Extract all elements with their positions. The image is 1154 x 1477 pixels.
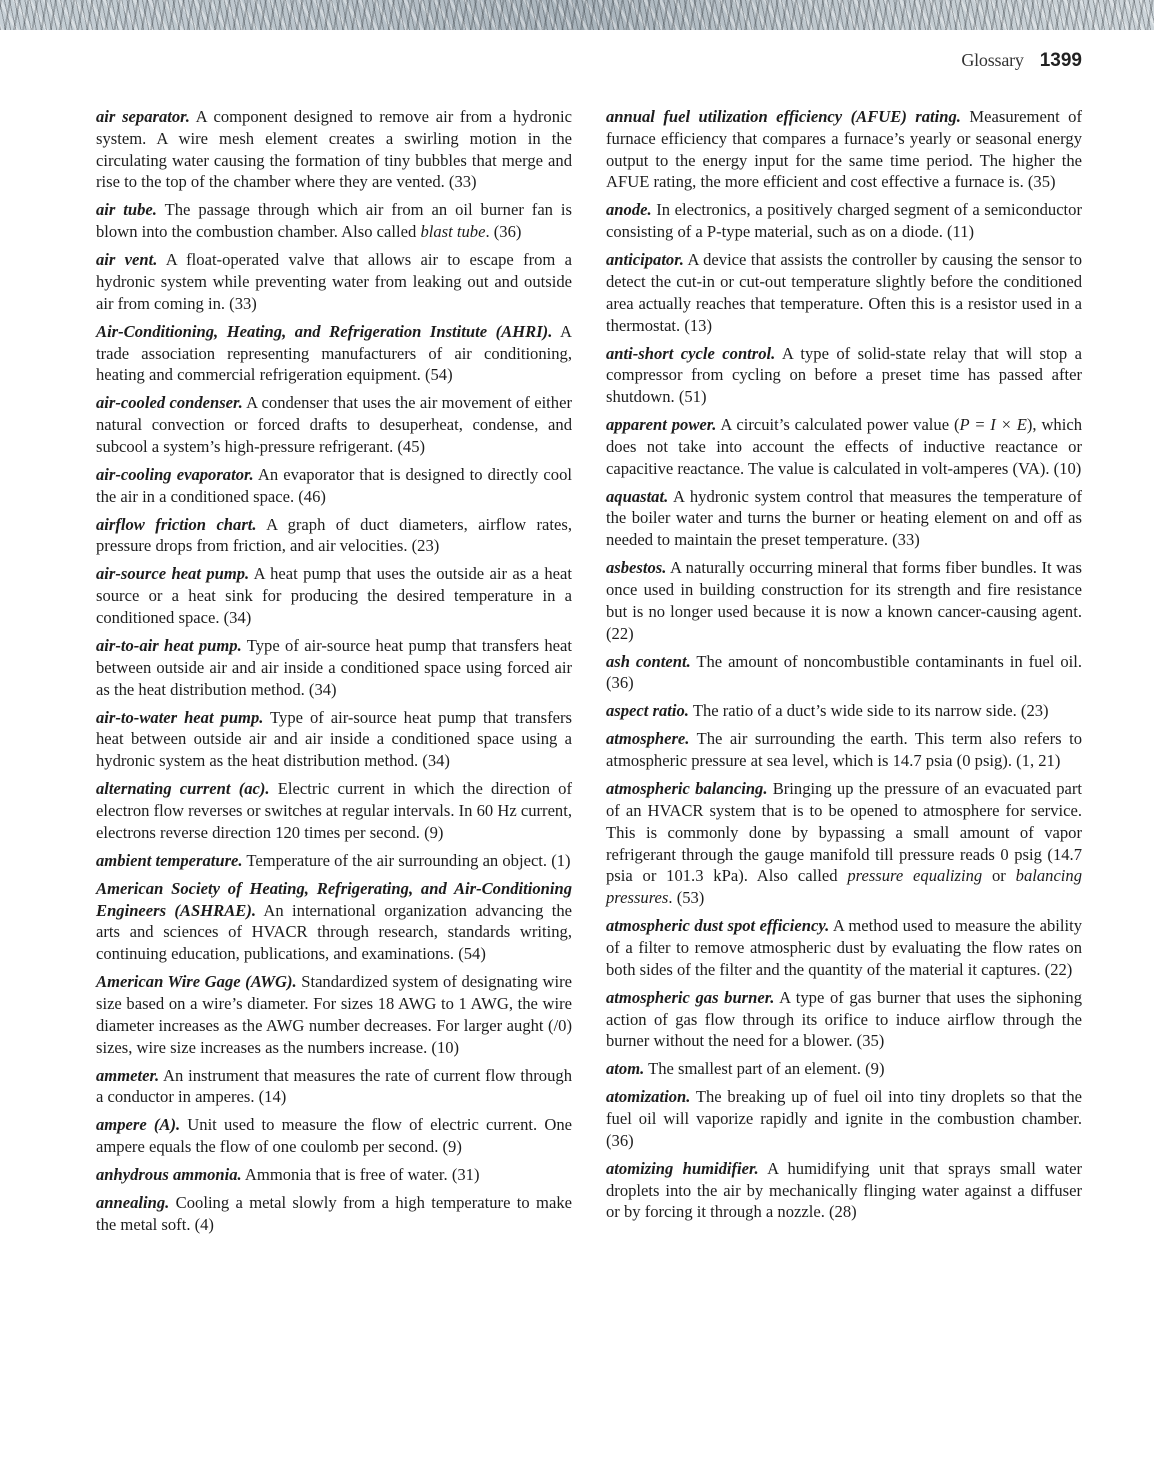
glossary-definition-mid: or [982, 866, 1015, 885]
glossary-entry: aquastat. A hydronic system control that… [606, 486, 1082, 551]
formula: P = I × E [959, 415, 1026, 434]
glossary-entry: airflow friction chart. A graph of duct … [96, 514, 572, 558]
glossary-definition-tail: . (53) [668, 888, 704, 907]
glossary-term: American Wire Gage (AWG). [96, 972, 297, 991]
glossary-column-left: air separator. A component designed to r… [96, 106, 572, 1242]
glossary-entry: ampere (A). Unit used to measure the flo… [96, 1114, 572, 1158]
glossary-entry: Air-Conditioning, Heating, and Refrigera… [96, 321, 572, 386]
glossary-entry: air-to-air heat pump. Type of air-source… [96, 635, 572, 700]
glossary-term: air vent. [96, 250, 157, 269]
glossary-term: air tube. [96, 200, 157, 219]
glossary-entry: atmospheric balancing. Bringing up the p… [606, 778, 1082, 909]
glossary-term: atmospheric balancing. [606, 779, 768, 798]
glossary-entry: air separator. A component designed to r… [96, 106, 572, 193]
glossary-entry: American Wire Gage (AWG). Standardized s… [96, 971, 572, 1058]
glossary-entry: air vent. A float-operated valve that al… [96, 249, 572, 314]
glossary-definition: An instrument that measures the rate of … [96, 1066, 572, 1107]
glossary-definition: Temperature of the air surrounding an ob… [243, 851, 571, 870]
glossary-entry: annual fuel utilization efficiency (AFUE… [606, 106, 1082, 193]
glossary-entry: American Society of Heating, Refrigerati… [96, 878, 572, 965]
glossary-term: aquastat. [606, 487, 668, 506]
running-head: Glossary 1399 [961, 50, 1082, 72]
section-title: Glossary [961, 50, 1023, 71]
glossary-term: air-to-water heat pump. [96, 708, 263, 727]
glossary-term: atmosphere. [606, 729, 689, 748]
glossary-column-right: annual fuel utilization efficiency (AFUE… [606, 106, 1082, 1229]
glossary-entry: alternating current (ac). Electric curre… [96, 778, 572, 843]
glossary-entry: ash content. The amount of noncombustibl… [606, 651, 1082, 695]
glossary-term: airflow friction chart. [96, 515, 257, 534]
glossary-entry: atmosphere. The air surrounding the eart… [606, 728, 1082, 772]
glossary-definition: A naturally occurring mineral that forms… [606, 558, 1082, 642]
glossary-term: anti-short cycle control. [606, 344, 775, 363]
decorative-header-banner [0, 0, 1154, 30]
glossary-definition: In electronics, a positively charged seg… [606, 200, 1082, 241]
glossary-definition: The smallest part of an element. (9) [644, 1059, 884, 1078]
glossary-entry: apparent power. A circuit’s calculated p… [606, 414, 1082, 479]
glossary-term: air-cooled condenser. [96, 393, 243, 412]
glossary-entry: atmospheric gas burner. A type of gas bu… [606, 987, 1082, 1052]
glossary-term: ash content. [606, 652, 691, 671]
glossary-term: atomization. [606, 1087, 690, 1106]
glossary-entry: air-to-water heat pump. Type of air-sour… [96, 707, 572, 772]
glossary-entry: ammeter. An instrument that measures the… [96, 1065, 572, 1109]
glossary-term: atomizing humidifier. [606, 1159, 759, 1178]
glossary-term: air separator. [96, 107, 190, 126]
glossary-definition: The ratio of a duct’s wide side to its n… [689, 701, 1049, 720]
page-number: 1399 [1040, 50, 1082, 72]
glossary-entry: anode. In electronics, a positively char… [606, 199, 1082, 243]
glossary-entry: anhydrous ammonia. Ammonia that is free … [96, 1164, 572, 1186]
glossary-term: air-to-air heat pump. [96, 636, 242, 655]
glossary-definition: A hydronic system control that measures … [606, 487, 1082, 550]
glossary-definition: A circuit’s calculated power value ( [716, 415, 959, 434]
glossary-term: annual fuel utilization efficiency (AFUE… [606, 107, 961, 126]
glossary-definition: Ammonia that is free of water. (31) [242, 1165, 480, 1184]
glossary-definition: A float-operated valve that allows air t… [96, 250, 572, 313]
glossary-entry: atmospheric dust spot efficiency. A meth… [606, 915, 1082, 980]
glossary-alt-term: pressure equalizing [847, 866, 982, 885]
glossary-entry: asbestos. A naturally occurring mineral … [606, 557, 1082, 644]
glossary-entry: annealing. Cooling a metal slowly from a… [96, 1192, 572, 1236]
glossary-term: anode. [606, 200, 652, 219]
glossary-term: apparent power. [606, 415, 716, 434]
glossary-alt-term: blast tube [420, 222, 485, 241]
glossary-term: anhydrous ammonia. [96, 1165, 242, 1184]
glossary-term: air-source heat pump. [96, 564, 249, 583]
glossary-term: atmospheric dust spot efficiency. [606, 916, 829, 935]
glossary-entry: air-cooling evaporator. An evaporator th… [96, 464, 572, 508]
glossary-entry: air tube. The passage through which air … [96, 199, 572, 243]
glossary-term: atom. [606, 1059, 644, 1078]
glossary-definition-tail: . (36) [485, 222, 521, 241]
glossary-term: ampere (A). [96, 1115, 180, 1134]
glossary-term: ammeter. [96, 1066, 159, 1085]
glossary-entry: anticipator. A device that assists the c… [606, 249, 1082, 336]
glossary-entry: aspect ratio. The ratio of a duct’s wide… [606, 700, 1082, 722]
glossary-entry: ambient temperature. Temperature of the … [96, 850, 572, 872]
glossary-entry: atomization. The breaking up of fuel oil… [606, 1086, 1082, 1151]
glossary-term: asbestos. [606, 558, 666, 577]
glossary-term: atmospheric gas burner. [606, 988, 774, 1007]
glossary-entry: anti-short cycle control. A type of soli… [606, 343, 1082, 408]
glossary-term: aspect ratio. [606, 701, 689, 720]
glossary-entry: atom. The smallest part of an element. (… [606, 1058, 1082, 1080]
glossary-term: anticipator. [606, 250, 684, 269]
glossary-entry: air-source heat pump. A heat pump that u… [96, 563, 572, 628]
glossary-term: ambient temperature. [96, 851, 243, 870]
glossary-entry: air-cooled condenser. A condenser that u… [96, 392, 572, 457]
glossary-term: annealing. [96, 1193, 169, 1212]
glossary-term: alternating current (ac). [96, 779, 270, 798]
glossary-entry: atomizing humidifier. A humidifying unit… [606, 1158, 1082, 1223]
glossary-term: Air-Conditioning, Heating, and Refrigera… [96, 322, 552, 341]
glossary-term: air-cooling evaporator. [96, 465, 254, 484]
